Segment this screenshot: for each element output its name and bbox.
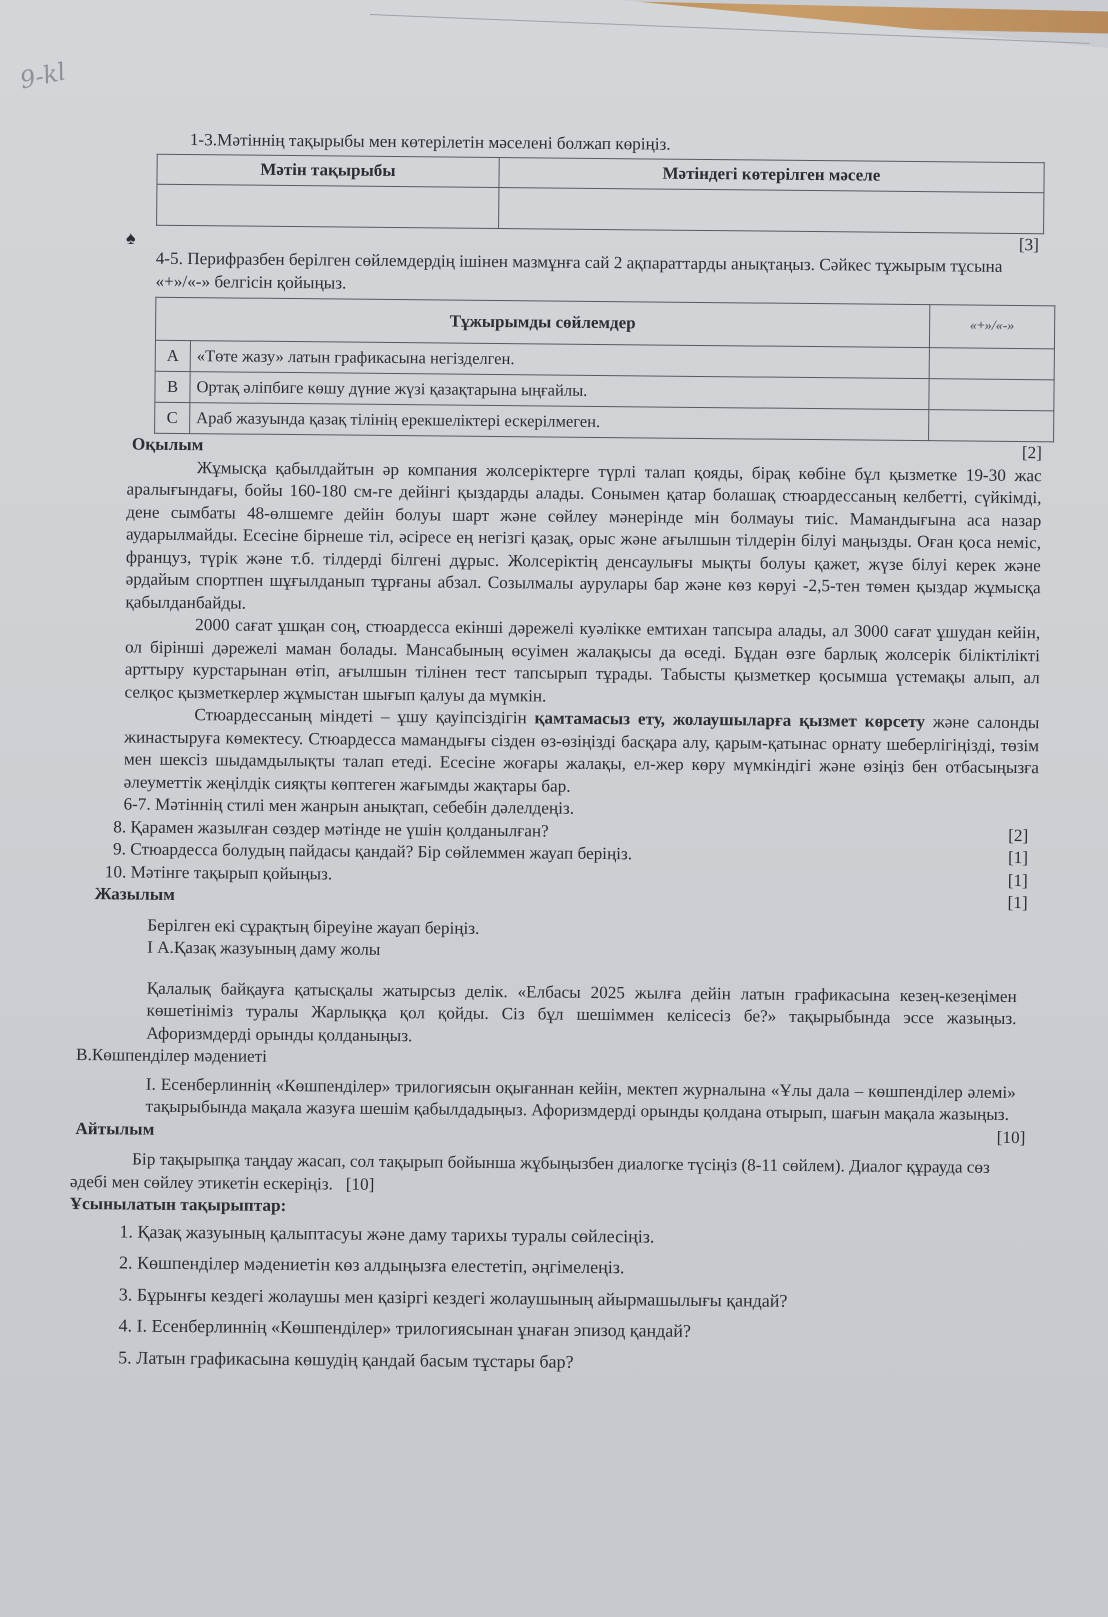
plus-minus-header: «+»/«-» xyxy=(929,305,1054,349)
worksheet: 1-3.Мәтіннің тақырыбы мен көтерілетін мә… xyxy=(68,128,1070,1386)
topics-list: 1. Қазақ жазуының қалыптасуы және даму т… xyxy=(118,1220,1059,1378)
writing-option-a-text: Қалалық байқауға қатысқалы жатырсыз делі… xyxy=(146,977,1017,1053)
task-4-5-prompt: 4-5. Перифразбен берілген сөйлемдердің і… xyxy=(155,248,1045,302)
reading-section-title: Оқылым xyxy=(132,434,204,457)
topic-item: 2. Көшпенділер мәдениетін көз алдыңызға … xyxy=(119,1251,1059,1283)
reading-paragraph-3: Стюардессаның міндеті – ұшу қауіпсіздігі… xyxy=(124,703,1040,802)
topic-item: 3. Бұрынғы кездегі жолаушы мен қазіргі к… xyxy=(119,1283,1059,1315)
speaking-score: [10] xyxy=(346,1174,375,1193)
p3-start: Стюардессаның міндеті – ұшу қауіпсіздігі… xyxy=(194,705,534,727)
topic-item: 1. Қазақ жазуының қалыптасуы және даму т… xyxy=(119,1220,1059,1252)
statements-header: Тұжырымды сөйлемдер xyxy=(155,297,929,347)
reading-paragraph-2: 2000 сағат ұшқан соң, стюардесса екінші … xyxy=(124,613,1040,712)
statements-table: Тұжырымды сөйлемдер «+»/«-» A «Төте жазу… xyxy=(154,297,1055,443)
statement-mark-cell[interactable] xyxy=(929,379,1054,411)
question-score: [1] xyxy=(1008,847,1028,870)
speaking-section-title: Айтылым xyxy=(75,1118,154,1141)
answer-cell-problem[interactable] xyxy=(498,187,1044,233)
column-header-topic: Мәтін тақырыбы xyxy=(157,154,499,187)
question-text: 10. Мәтінге тақырып қойыңыз. xyxy=(105,861,333,886)
topic-problem-table: Мәтін тақырыбы Мәтіндегі көтерілген мәсе… xyxy=(156,153,1045,234)
statement-letter: A xyxy=(155,340,190,371)
reading-paragraph-1: Жұмысқа қабылдайтын әр компания жолсерік… xyxy=(125,456,1041,622)
topic-item: 4. І. Есенберлиннің «Көшпенділер» трилог… xyxy=(118,1314,1058,1346)
answer-cell-topic[interactable] xyxy=(157,184,499,228)
speaking-instruction-text: Бір тақырыпқа таңдау жасап, сол тақырып … xyxy=(70,1150,990,1193)
question-score: [2] xyxy=(1008,824,1028,847)
statement-mark-cell[interactable] xyxy=(929,410,1054,442)
question-score: [1] xyxy=(1008,869,1028,892)
task-4-5-score: [2] xyxy=(1022,442,1042,465)
topic-item: 5. Латын графикасына көшудің қандай басы… xyxy=(118,1346,1058,1378)
writing-score: [10] xyxy=(997,1126,1026,1149)
statement-mark-cell[interactable] xyxy=(929,348,1054,380)
p3-bold-phrase: қамтамасыз ету, жолаушыларға қызмет көрс… xyxy=(534,708,925,731)
writing-option-b-text: І. Есенберлиннің «Көшпенділер» трилогияс… xyxy=(145,1073,1015,1126)
question-score: [1] xyxy=(1007,892,1027,915)
writing-section-title: Жазылым xyxy=(95,883,175,906)
statement-letter: C xyxy=(155,402,190,433)
statement-letter: B xyxy=(155,371,190,402)
